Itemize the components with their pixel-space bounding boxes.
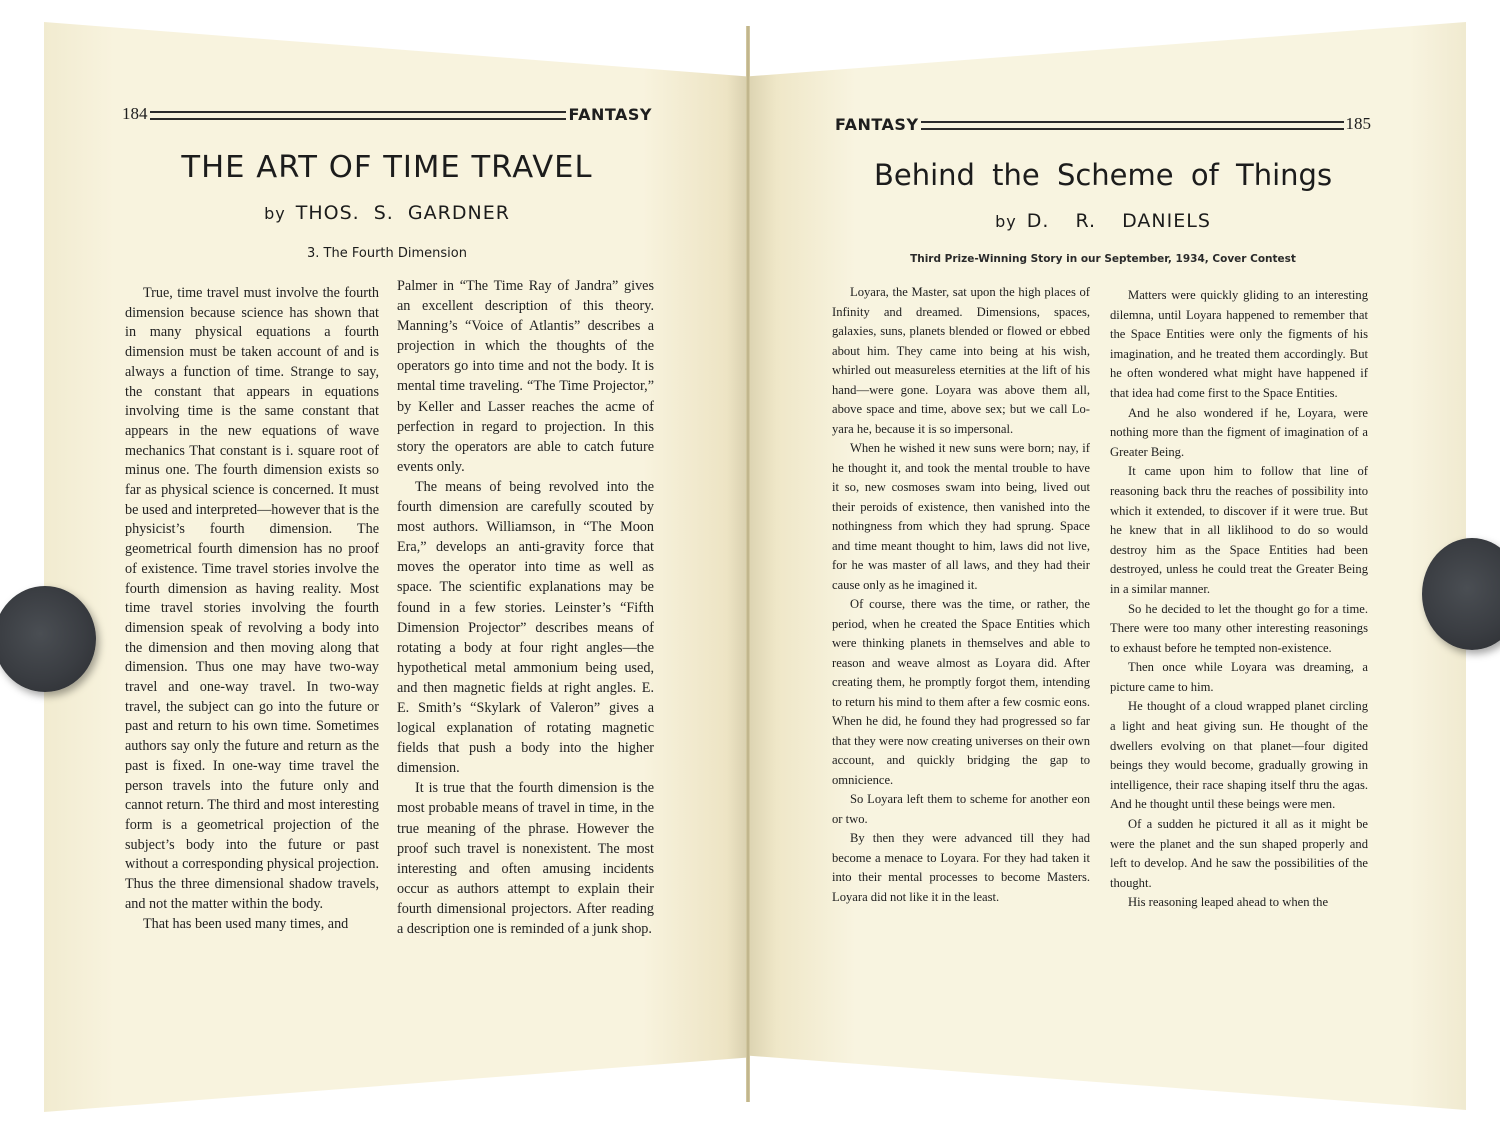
section-heading: 3. The Fourth Dimension xyxy=(120,246,654,261)
paragraph: And he also wondered if he, Loyara, were… xyxy=(1110,404,1368,463)
byline-prefix: by xyxy=(995,212,1017,231)
paragraph: The means of being revolved into the fou… xyxy=(397,477,654,778)
author-name: D. R. DANIELS xyxy=(1027,210,1211,232)
header-double-rule xyxy=(921,121,1344,130)
magazine-title-left: FANTASY xyxy=(568,105,652,124)
paragraph: When he wished it new suns were born; na… xyxy=(832,439,1090,595)
article-title-left: THE ART OF TIME TRAVEL xyxy=(115,150,660,185)
author-name: THOS. S. GARDNER xyxy=(296,202,510,224)
paragraph: Loyara, the Master, sat upon the high pl… xyxy=(832,283,1090,439)
paragraph: Matters were quickly gliding to an in­te… xyxy=(1110,286,1368,404)
left-running-head: 184 FANTASY xyxy=(122,104,652,124)
paragraph: By then they were advanced till they had… xyxy=(832,829,1090,907)
byline-prefix: by xyxy=(264,204,286,223)
paragraph: It is true that the fourth dimension is … xyxy=(397,778,654,939)
page-number-left: 184 xyxy=(122,104,148,124)
paragraph: So Loyara left them to scheme for an­oth… xyxy=(832,790,1090,829)
paragraph: He thought of a cloud wrapped planet cir… xyxy=(1110,697,1368,815)
paragraph: So he decided to let the thought go for … xyxy=(1110,600,1368,659)
right-running-head: FANTASY 185 xyxy=(835,114,1371,134)
right-column-2: Matters were quickly gliding to an in­te… xyxy=(1110,286,1368,913)
page-number-right: 185 xyxy=(1346,114,1372,134)
article-title-right: Behind the Scheme of Things xyxy=(836,158,1370,192)
left-column-2: Palmer in “The Time Ray of Jandra” gives… xyxy=(397,276,654,939)
paragraph: Of course, there was the time, or rather… xyxy=(832,595,1090,790)
magazine-spread: 184 FANTASY THE ART OF TIME TRAVEL byTHO… xyxy=(0,0,1500,1139)
left-column-1: True, time travel must involve the fourt… xyxy=(125,284,379,934)
magazine-title-right: FANTASY xyxy=(835,115,919,134)
right-column-1: Loyara, the Master, sat upon the high pl… xyxy=(832,283,1090,907)
paragraph: Palmer in “The Time Ray of Jandra” gives… xyxy=(397,276,654,477)
byline-right: byD. R. DANIELS xyxy=(836,210,1370,232)
paragraph: That has been used many times, and xyxy=(125,915,379,935)
paragraph: True, time travel must involve the fourt… xyxy=(125,284,379,915)
paragraph: It came upon him to follow that line of … xyxy=(1110,462,1368,599)
paragraph: His reasoning leaped ahead to when the xyxy=(1110,893,1368,913)
paragraph: Of a sudden he pictured it all as it mig… xyxy=(1110,815,1368,893)
header-double-rule xyxy=(150,111,567,120)
byline-left: byTHOS. S. GARDNER xyxy=(120,202,654,224)
contest-note: Third Prize-Winning Story in our Septemb… xyxy=(836,253,1370,265)
book-gutter xyxy=(746,26,750,1102)
paragraph: Then once while Loyara was dreaming, a p… xyxy=(1110,658,1368,697)
